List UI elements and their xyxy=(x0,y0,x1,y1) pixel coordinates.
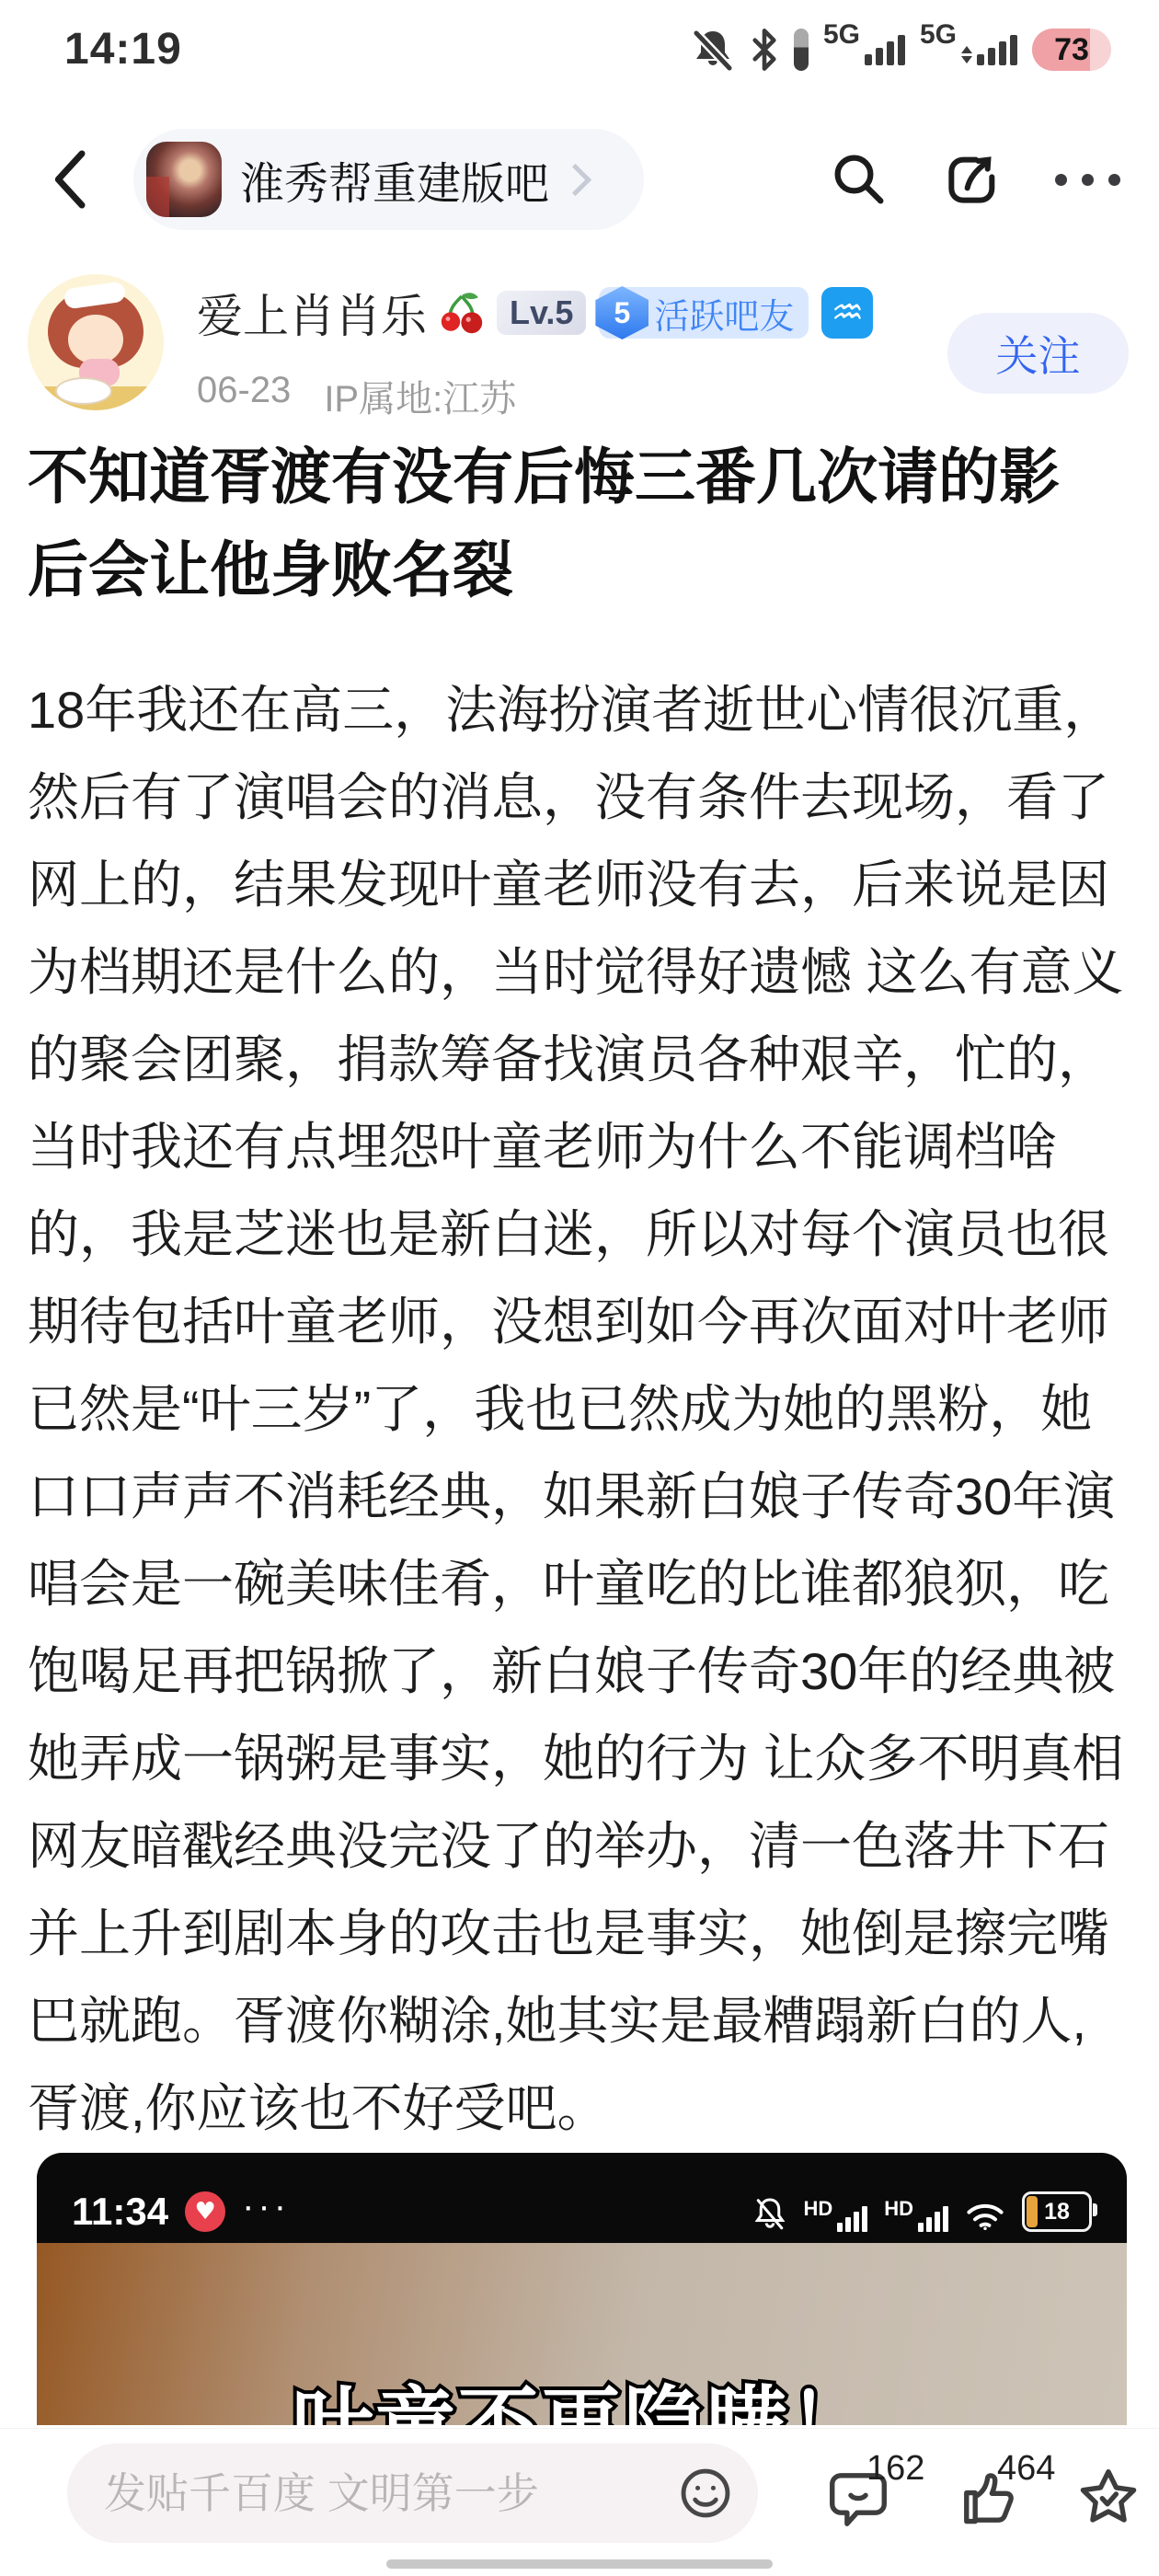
mute-bell-icon xyxy=(691,26,735,74)
level-badge: Lv.5 xyxy=(497,291,586,335)
video-status-bar: 11:34 ♥ ··· HD HD xyxy=(37,2153,1127,2243)
video-sim1-signal-icon: HD xyxy=(803,2206,867,2232)
cherry-icon xyxy=(440,291,484,335)
author-avatar[interactable] xyxy=(28,274,164,410)
more-button[interactable] xyxy=(1055,174,1120,186)
forum-avatar xyxy=(146,142,222,217)
emoji-smiley-icon[interactable] xyxy=(677,2465,734,2522)
comment-count: 162 xyxy=(866,2449,924,2489)
fan-badge-gem: 5 xyxy=(595,286,648,339)
follow-button[interactable]: 关注 xyxy=(947,313,1129,394)
post-body: 18年我还在高三，法海扮演者逝世心情很沉重，然后有了演唱会的消息，没有条件去现场… xyxy=(28,666,1133,2152)
forum-entry-pill[interactable]: 淮秀帮重建版吧 xyxy=(133,129,644,230)
heart-app-icon: ♥ xyxy=(185,2191,225,2232)
network-type-label: 5G xyxy=(823,19,860,51)
nav-actions xyxy=(829,145,1120,213)
video-battery-percent: 18 xyxy=(1044,2199,1070,2225)
author-name[interactable]: 爱上肖肖乐 xyxy=(197,280,427,346)
status-icons: 5G 5G 73 xyxy=(691,22,1111,77)
follow-label: 关注 xyxy=(996,323,1081,384)
back-button[interactable] xyxy=(48,147,90,212)
video-mute-bell-icon xyxy=(753,2195,786,2232)
like-button[interactable]: 464 xyxy=(957,2466,1021,2530)
video-thumbnail[interactable]: 11:34 ♥ ··· HD HD xyxy=(37,2153,1127,2425)
bottom-bar: 162 464 xyxy=(0,2428,1159,2576)
chevron-right-icon xyxy=(559,163,591,195)
sim1-signal-icon: 5G xyxy=(823,34,905,65)
clock: 14:19 xyxy=(64,24,182,75)
post-title: 不知道胥渡有没有后悔三番几次请的影后会让他身败名裂 xyxy=(28,431,1104,616)
favorite-star-button[interactable] xyxy=(1076,2466,1141,2530)
like-count: 464 xyxy=(997,2449,1055,2489)
forum-name: 淮秀帮重建版吧 xyxy=(240,148,549,212)
fan-badge[interactable]: 5 活跃吧友 xyxy=(599,287,809,339)
network-type-label: 5G xyxy=(920,19,957,51)
post-date: 06-23 xyxy=(197,370,291,422)
bluetooth-icon xyxy=(750,26,779,74)
compose-button[interactable] xyxy=(943,150,1002,209)
video-more-dots: ··· xyxy=(242,2197,290,2215)
video-caption: 叶童不再隐瞒！ xyxy=(37,2361,1127,2425)
home-indicator[interactable] xyxy=(386,2559,773,2569)
video-clock: 11:34 xyxy=(72,2190,168,2234)
aquarius-badge-icon: ♒ xyxy=(821,287,873,339)
wifi-icon xyxy=(965,2201,1005,2232)
reply-input[interactable] xyxy=(102,2467,677,2519)
fan-badge-label: 活跃吧友 xyxy=(654,288,794,339)
battery-percent: 73 xyxy=(1054,32,1089,68)
video-battery-fill xyxy=(1027,2196,1038,2227)
search-button[interactable] xyxy=(829,149,889,210)
reply-input-pill[interactable] xyxy=(67,2444,758,2543)
battery-indicator: 73 xyxy=(1032,29,1111,71)
comment-button[interactable]: 162 xyxy=(826,2466,890,2530)
post-header: 爱上肖肖乐 Lv.5 5 活跃吧友 ♒ 06-23 I xyxy=(0,272,1159,420)
status-bar: 14:19 5G 5G 73 xyxy=(0,0,1159,101)
earbud-battery-icon xyxy=(794,29,809,71)
sim2-signal-icon: 5G xyxy=(920,34,1017,65)
video-battery-indicator: 18 xyxy=(1022,2191,1092,2232)
video-sim2-signal-icon: HD xyxy=(884,2206,948,2232)
ip-location: IP属地:江苏 xyxy=(324,370,516,422)
nav-bar: 淮秀帮重建版吧 xyxy=(0,118,1159,241)
